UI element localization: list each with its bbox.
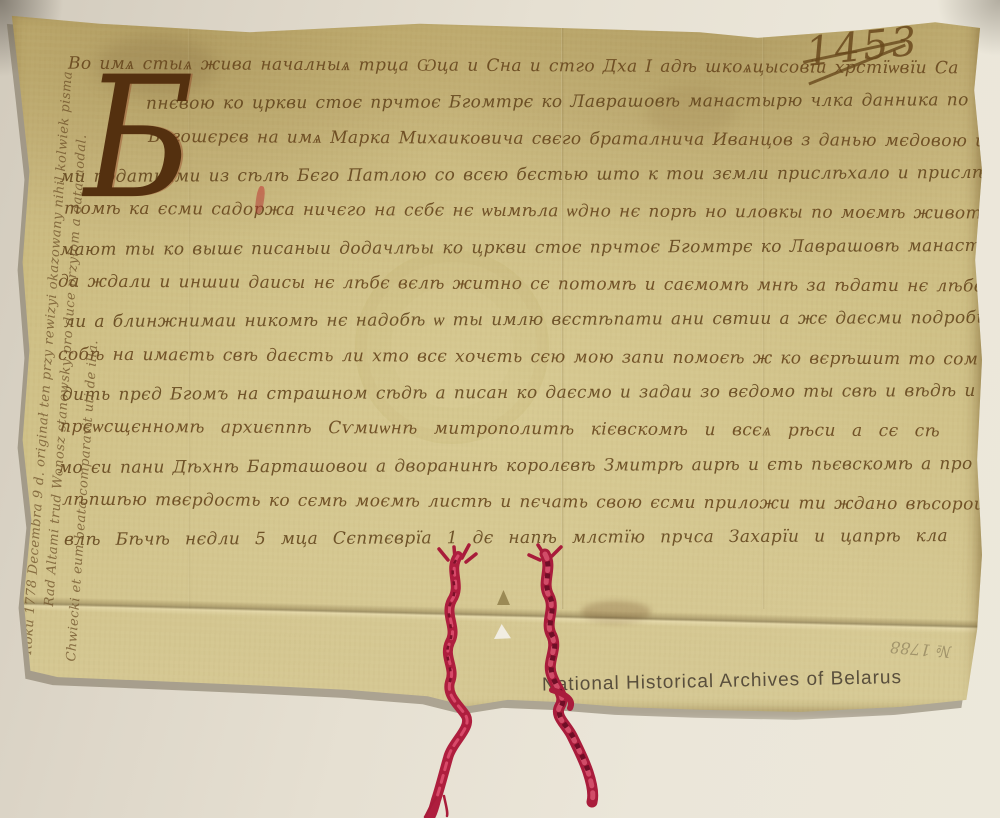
text-line: пнєвою ко цркви стоє прчтоє Бгомтрє ко Л… (146, 90, 956, 120)
text-line: собѣ на имаєть свѣ даєсть ли хто всє хоч… (58, 345, 956, 376)
parchment: Б Во имѧ стыѧ жива началныѧ трца Ѡца и С… (6, 6, 982, 714)
stain (876, 546, 956, 626)
text-line: мо єи пани Дѣхнѣ Барташовои а дворанинѣ … (58, 454, 956, 484)
initial-letter: Б (84, 55, 194, 223)
text-line: да ждали и иншии даисы нє лѣбє вєлѣ житн… (58, 272, 956, 303)
text-line: лѣпшѣю твєрдость ко сємѣ моємѣ листѣ и п… (62, 490, 952, 521)
parchment-hole-small (497, 590, 510, 605)
text-line: мают ты ко вышє писаныи додачлѣы ко цркв… (60, 236, 956, 266)
upside-down-number: № 1788 (889, 637, 951, 661)
text-line: Богошєрєв на имѧ Марка Михаиковича свєго… (148, 127, 956, 157)
text-line: ли а блинжнимаи никомѣ нє надобѣ ѡ ты им… (64, 308, 956, 338)
parchment-hole (494, 624, 511, 639)
archive-watermark-text: National Historical Archives of Belarus (542, 665, 978, 696)
text-line: ми податками из сѣлѣ Бєго Патлою со всєю… (60, 163, 956, 193)
photo-background: Б Во имѧ стыѧ жива началныѧ трца Ѡца и С… (0, 0, 1000, 818)
fold-line (6, 596, 982, 634)
text-line: дить прєд Бгомъ на страшном сѣдѣ а писан… (62, 381, 956, 411)
stain (581, 601, 651, 623)
text-line: томѣ ка єсми садоржа ничєго на сєбє нє ѡ… (64, 199, 956, 230)
text-line: прєѡсщєнномѣ архиєппѣ Сѵмиѡнѣ митрополит… (60, 417, 940, 448)
text-line: влѣ Бѣчѣ нєдли 5 мца Сєптєврїа 1 дє напѣ… (64, 526, 948, 556)
